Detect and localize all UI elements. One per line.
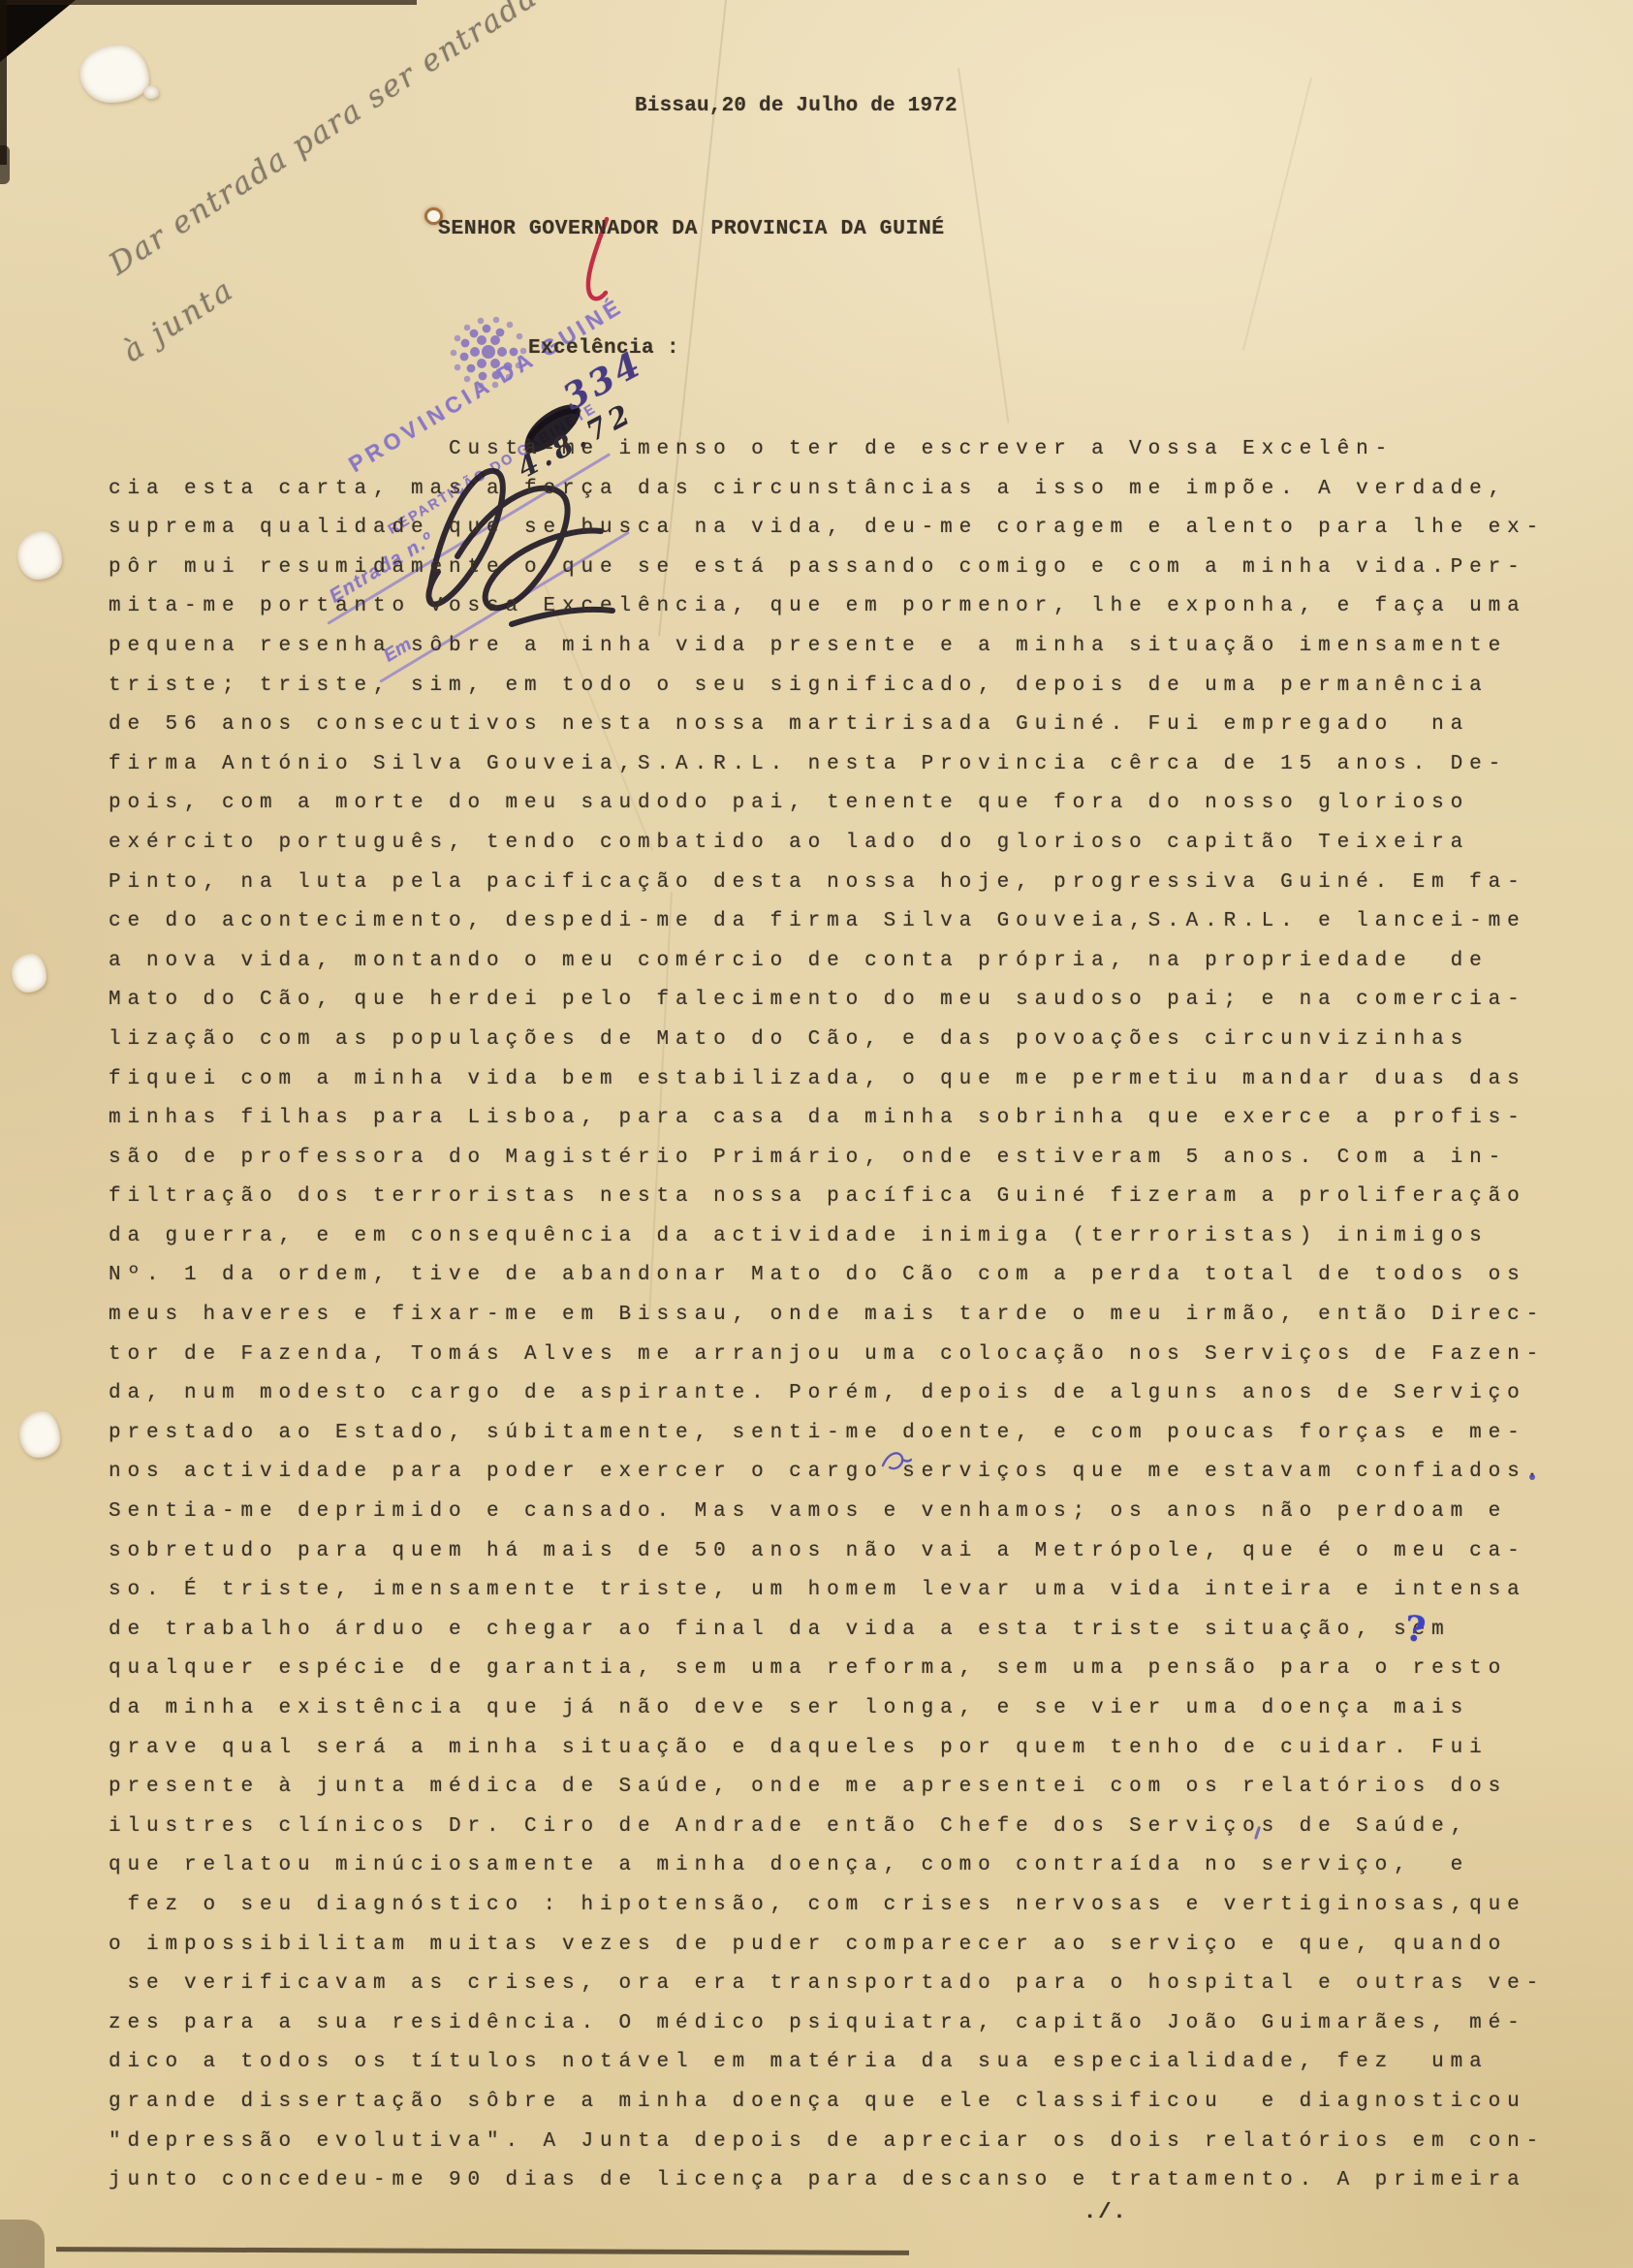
body-line: firma António Silva Gouveia,S.A.R.L. nes… bbox=[109, 745, 1582, 785]
torn-spot bbox=[19, 1411, 60, 1458]
crease-line bbox=[1242, 78, 1312, 351]
body-line: se verificavam as crises, ora era transp… bbox=[109, 1965, 1582, 2004]
body-line: junto concedeu-me 90 dias de licença par… bbox=[109, 2161, 1582, 2201]
body-line: lização com as populações de Mato do Cão… bbox=[109, 1021, 1582, 1060]
body-line: zes para a sua residência. O médico psiq… bbox=[109, 2004, 1582, 2044]
dark-edge-left bbox=[0, 0, 7, 165]
body-line: de 56 anos consecutivos nesta nossa mart… bbox=[109, 706, 1582, 745]
letter-title: SENHOR GOVERNADOR DA PROVINCIA DA GUINÉ bbox=[438, 217, 945, 240]
body-line: que relatou minúciosamente a minha doenç… bbox=[109, 1846, 1582, 1886]
body-line: grande dissertação sôbre a minha doença … bbox=[109, 2083, 1582, 2123]
torn-spot bbox=[79, 45, 149, 103]
torn-spot bbox=[143, 85, 159, 99]
body-line: prestado ao Estado, súbitamente, senti-m… bbox=[109, 1414, 1582, 1454]
body-line: Sentia-me deprimido e cansado. Mas vamos… bbox=[109, 1493, 1582, 1532]
body-line: Custa-me imenso o ter de escrever a Voss… bbox=[109, 430, 1582, 470]
ink-squiggle-icon bbox=[880, 1448, 913, 1473]
body-line: cia esta carta, mas a força das circunst… bbox=[109, 470, 1582, 510]
body-line: tor de Fazenda, Tomás Alves me arranjou … bbox=[109, 1336, 1582, 1375]
body-line: pois, com a morte do meu saudodo pai, te… bbox=[109, 784, 1582, 824]
body-line: dico a todos os títulos notável em matér… bbox=[109, 2043, 1582, 2083]
body-line: nos actividade para poder exercer o carg… bbox=[109, 1453, 1582, 1493]
body-line: filtração dos terroristas nesta nossa pa… bbox=[109, 1178, 1582, 1217]
body-line: a nova vida, montando o meu comércio de … bbox=[109, 942, 1582, 982]
blue-ink-dot bbox=[1529, 1474, 1535, 1480]
body-line: meus haveres e fixar-me em Bissau, onde … bbox=[109, 1296, 1582, 1336]
dark-corner-bottom-left bbox=[0, 2220, 45, 2268]
body-line: o impossibilitam muitas vezes de puder c… bbox=[109, 1926, 1582, 1966]
body-line: suprema qualidade que se busca na vida, … bbox=[109, 509, 1582, 549]
blue-question-mark: ? bbox=[1404, 1608, 1428, 1650]
body-line: pôr mui resumidamente o que se está pass… bbox=[109, 549, 1582, 588]
body-line: pequena resenha sôbre a minha vida prese… bbox=[109, 627, 1582, 667]
body-line: Pinto, na luta pela pacificação desta no… bbox=[109, 864, 1582, 903]
body-line: da guerra, e em consequência da activida… bbox=[109, 1217, 1582, 1257]
continuation-mark: ./. bbox=[1083, 2200, 1128, 2224]
body-line: triste; triste, sim, em todo o seu signi… bbox=[109, 667, 1582, 707]
body-line: de trabalho árduo e chegar ao final da v… bbox=[109, 1611, 1582, 1651]
body-line: fez o seu diagnóstico : hipotensão, com … bbox=[109, 1886, 1582, 1926]
body-line: presente à junta médica de Saúde, onde m… bbox=[109, 1768, 1582, 1808]
dark-edge-bottom bbox=[56, 2247, 909, 2255]
dateline: Bissau,20 de Julho de 1972 bbox=[635, 95, 958, 117]
body-line: so. É triste, imensamente triste, um hom… bbox=[109, 1571, 1582, 1611]
body-line: qualquer espécie de garantia, sem uma re… bbox=[109, 1650, 1582, 1689]
body-line: são de professora do Magistério Primário… bbox=[109, 1139, 1582, 1179]
torn-spot bbox=[17, 531, 62, 580]
body-line: grave qual será a minha situação e daque… bbox=[109, 1729, 1582, 1769]
scanned-letter-page: Dar entrada para ser entrada à junta PRO… bbox=[0, 0, 1633, 2268]
pencil-note-line2: à junta bbox=[116, 271, 240, 369]
body-line: Mato do Cão, que herdei pelo falecimento… bbox=[109, 981, 1582, 1021]
letter-body: Custa-me imenso o ter de escrever a Voss… bbox=[109, 430, 1582, 2201]
body-line: Nº. 1 da ordem, tive de abandonar Mato d… bbox=[109, 1256, 1582, 1296]
dark-edge-top bbox=[0, 0, 417, 5]
body-line: fiquei com a minha vida bem estabilizada… bbox=[109, 1060, 1582, 1100]
body-line: da, num modesto cargo de aspirante. Poré… bbox=[109, 1374, 1582, 1414]
body-line: exército português, tendo combatido ao l… bbox=[109, 824, 1582, 864]
body-line: minhas filhas para Lisboa, para casa da … bbox=[109, 1099, 1582, 1139]
dark-corner-top-left bbox=[0, 0, 76, 62]
torn-spot bbox=[12, 954, 47, 992]
dark-nick-left bbox=[0, 145, 10, 184]
body-line: ce do acontecimento, despedi-me da firma… bbox=[109, 902, 1582, 942]
body-line: mita-me portanto Vossa Excelência, que e… bbox=[109, 587, 1582, 627]
body-line: ilustres clínicos Dr. Ciro de Andrade en… bbox=[109, 1808, 1582, 1847]
body-line: sobretudo para quem há mais de 50 anos n… bbox=[109, 1532, 1582, 1572]
salutation: Excelência : bbox=[528, 337, 679, 360]
body-line: "depressão evolutiva". A Junta depois de… bbox=[109, 2123, 1582, 2162]
crease-line bbox=[958, 68, 1009, 424]
body-line: da minha existência que já não deve ser … bbox=[109, 1689, 1582, 1729]
